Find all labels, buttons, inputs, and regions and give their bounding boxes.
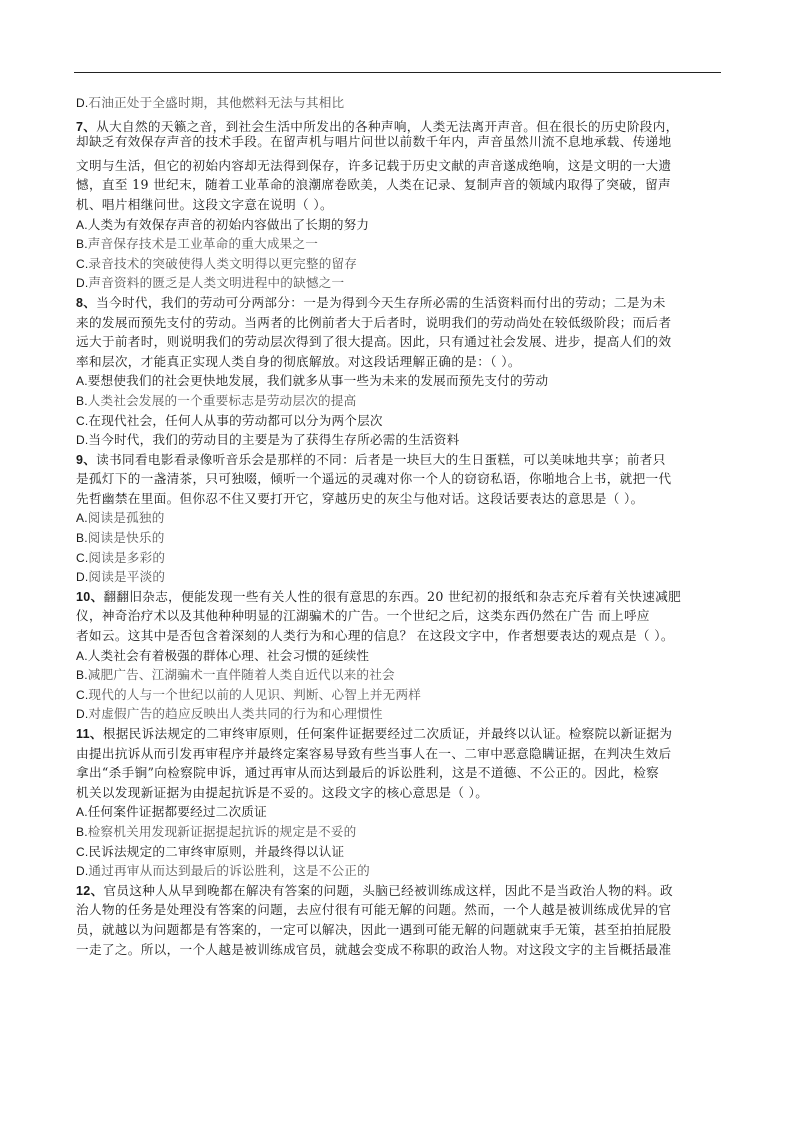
option-text: 阅读是平淡的 <box>88 569 165 584</box>
option-line: C.现代的人与一个世纪以前的人见识、判断、心智上并无两样 <box>76 685 722 705</box>
option-line: A.要想使我们的社会更快地发展，我们就多从事一些为未来的发展而预先支付的劳动 <box>76 371 722 391</box>
option-text: 当今时代，我们的劳动目的主要是为了获得生存所必需的生活资料 <box>88 432 459 447</box>
question-number: 11、 <box>76 727 103 741</box>
text-line: 率和层次，才能真正实现人类自身的彻底解放。对这段话理解正确的是：（ ）。 <box>76 352 722 372</box>
option-text: 阅读是孤独的 <box>88 510 165 525</box>
text-line: 机关以发现新证据为由提起抗诉是不妥的。这段文字的核心意思是（ ）。 <box>76 783 722 803</box>
option-line: C.录音技术的突破使得人类文明得以更完整的留存 <box>76 254 722 274</box>
option-text: 现代的人与一个世纪以前的人见识、判断、心智上并无两样 <box>88 687 421 702</box>
option-label: A. <box>76 805 88 819</box>
option-line: D.通过再审从而达到最后的诉讼胜利，这是不公正的 <box>76 861 722 881</box>
option-line: B.阅读是快乐的 <box>76 528 722 548</box>
text-line: 先哲幽禁在里面。但你忍不住又要打开它，穿越历史的灰尘与他对话。这段话要表达的意思… <box>76 489 722 509</box>
option-line: B.减肥广告、江湖骗术一直伴随着人类自近代以来的社会 <box>76 665 722 685</box>
text-line: 由提出抗诉从而引发再审程序并最终定案容易导致有些当事人在一、二审中恶意隐瞒证据，… <box>76 744 722 764</box>
option-text: 录音技术的突破使得人类文明得以更完整的留存 <box>88 256 357 271</box>
option-text: 石油正处于全盛时期，其他燃料无法与其相比 <box>88 95 344 110</box>
option-label: D. <box>76 276 88 290</box>
option-text: 通过再审从而达到最后的诉讼胜利，这是不公正的 <box>88 863 369 878</box>
option-label: C. <box>76 688 88 702</box>
option-line: C.阅读是多彩的 <box>76 548 722 568</box>
option-line: D.声音资料的匮乏是人类文明进程中的缺憾之一 <box>76 273 722 293</box>
option-label: C. <box>76 414 88 428</box>
question-line: 9、读书同看电影看录像听音乐会是那样的不同：后者是一块巨大的生日蛋糕，可以美味地… <box>76 450 722 470</box>
question-text: 根据民诉法规定的二审终审原则，任何案件证据要经过二次质证，并最终以认证。检察院以… <box>103 726 673 741</box>
option-line: B.人类社会发展的一个重要标志是劳动层次的提高 <box>76 391 722 411</box>
option-line: C.民诉法规定的二审终审原则，并最终得以认证 <box>76 842 722 862</box>
question-line: 10、翻翻旧杂志，便能发现一些有关人性的很有意思的东西。20 世纪初的报纸和杂志… <box>76 587 722 607</box>
option-label: B. <box>76 668 88 682</box>
option-line: B.声音保存技术是工业革命的重大成果之一 <box>76 234 722 254</box>
option-line: A.任何案件证据都要经过二次质证 <box>76 802 722 822</box>
option-text: 声音保存技术是工业革命的重大成果之一 <box>88 236 318 251</box>
question-text: 读书同看电影看录像听音乐会是那样的不同：后者是一块巨大的生日蛋糕，可以美味地共享… <box>96 452 666 467</box>
option-label: D. <box>76 864 88 878</box>
option-label: C. <box>76 257 88 271</box>
option-line: A.人类为有效保存声音的初始内容做出了长期的努力 <box>76 215 722 235</box>
question-text: 翻翻旧杂志，便能发现一些有关人性的很有意思的东西。20 世纪初的报纸和杂志充斥着… <box>103 589 681 604</box>
question-line: 8、当今时代，我们的劳动可分两部分：一是为得到今天生存所必需的生活资料而付出的劳… <box>76 293 722 313</box>
text-line: 员，就越以为问题都是有答案的，一定可以解决，因此一遇到可能无解的问题就束手无策，… <box>76 920 722 940</box>
question-number: 8、 <box>76 296 96 310</box>
option-label: D. <box>76 433 88 447</box>
option-text: 人类社会发展的一个重要标志是劳动层次的提高 <box>88 393 357 408</box>
text-line: 仪，神奇治疗术以及其他种种明显的江湖骗术的广告。一个世纪之后，这类东西仍然在广告… <box>76 606 722 626</box>
option-label: D. <box>76 570 88 584</box>
option-line: B.检察机关用发现新证据提起抗诉的规定是不妥的 <box>76 822 722 842</box>
question-number: 12、 <box>76 884 103 898</box>
option-line: C.在现代社会，任何人从事的劳动都可以分为两个层次 <box>76 411 722 431</box>
text-line: 憾，直至 19 世纪末，随着工业革命的浪潮席卷欧美，人类在记录、复制声音的领域内… <box>76 175 722 195</box>
text-line: 拿出“杀手锏”向检察院申诉，通过再审从而达到最后的诉讼胜利，这是不道德、不公正的… <box>76 763 722 783</box>
question-number: 10、 <box>76 590 103 604</box>
text-line: 机、唱片相继问世。这段文字意在说明（ ）。 <box>76 195 722 215</box>
text-line: 远大于前者时，则说明我们的劳动层次得到了很大提高。因此，只有通过社会发展、进步，… <box>76 332 722 352</box>
question-line: 11、根据民诉法规定的二审终审原则，任何案件证据要经过二次质证，并最终以认证。检… <box>76 724 722 744</box>
option-label: C. <box>76 551 88 565</box>
option-label: A. <box>76 218 88 232</box>
option-line: A.阅读是孤独的 <box>76 508 722 528</box>
option-text: 在现代社会，任何人从事的劳动都可以分为两个层次 <box>88 413 382 428</box>
question-text: 官员这种人从早到晚都在解决有答案的问题，头脑已经被训练成这样，因此不是当政治人物… <box>103 883 673 898</box>
option-label: D. <box>76 96 88 110</box>
text-line: 文明与生活，但它的初始内容却无法得到保存，许多记载于历史文献的声音遂成绝响，这是… <box>76 156 722 176</box>
option-line: D.对虚假广告的趋应反映出人类共同的行为和心理惯性 <box>76 704 722 724</box>
option-line: D.当今时代，我们的劳动目的主要是为了获得生存所必需的生活资料 <box>76 430 722 450</box>
option-line: D.石油正处于全盛时期，其他燃料无法与其相比 <box>76 93 722 113</box>
option-text: 阅读是快乐的 <box>88 530 165 545</box>
text-line: 却缺乏有效保存声音的技术手段。在留声机与唱片问世以前数千年内，声音虽然川流不息地… <box>76 132 722 152</box>
option-text: 民诉法规定的二审终审原则，并最终得以认证 <box>88 844 344 859</box>
option-text: 声音资料的匮乏是人类文明进程中的缺憾之一 <box>88 275 344 290</box>
option-text: 人类为有效保存声音的初始内容做出了长期的努力 <box>88 217 369 232</box>
option-text: 人类社会有着极强的群体心理、社会习惯的延续性 <box>88 648 369 663</box>
option-text: 要想使我们的社会更快地发展，我们就多从事一些为未来的发展而预先支付的劳动 <box>88 373 549 388</box>
option-line: D.阅读是平淡的 <box>76 567 722 587</box>
text-line: 治人物的任务是处理没有答案的问题，去应付很有可能无解的问题。然而，一个人越是被训… <box>76 900 722 920</box>
option-text: 减肥广告、江湖骗术一直伴随着人类自近代以来的社会 <box>88 667 395 682</box>
option-text: 检察机关用发现新证据提起抗诉的规定是不妥的 <box>88 824 357 839</box>
option-label: B. <box>76 237 88 251</box>
document-body: D.石油正处于全盛时期，其他燃料无法与其相比 7、从大自然的天籁之音，到社会生活… <box>76 93 722 959</box>
option-text: 对虚假广告的趋应反映出人类共同的行为和心理惯性 <box>88 706 382 721</box>
option-line: A.人类社会有着极强的群体心理、社会习惯的延续性 <box>76 646 722 666</box>
text-line: 是孤灯下的一盏清茶，只可独啜，倾听一个遥远的灵魂对你一个人的窃窃私语，你啪地合上… <box>76 469 722 489</box>
text-line: 者如云。这其中是否包含着深刻的人类行为和心理的信息？ 在这段文字中，作者想要表达… <box>76 626 722 646</box>
text-line: 来的发展而预先支付的劳动。当两者的比例前者大于后者时，说明我们的劳动尚处在较低级… <box>76 313 722 333</box>
question-number: 9、 <box>76 453 96 467</box>
option-label: A. <box>76 511 88 525</box>
option-label: D. <box>76 707 88 721</box>
option-label: B. <box>76 825 88 839</box>
option-label: B. <box>76 531 88 545</box>
option-label: C. <box>76 845 88 859</box>
question-line: 12、官员这种人从早到晚都在解决有答案的问题，头脑已经被训练成这样，因此不是当政… <box>76 881 722 901</box>
header-rule <box>74 72 721 73</box>
option-label: A. <box>76 649 88 663</box>
option-text: 阅读是多彩的 <box>88 550 165 565</box>
option-text: 任何案件证据都要经过二次质证 <box>88 804 267 819</box>
text-line: 一走了之。所以，一个人越是被训练成官员，就越会变成不称职的政治人物。对这段文字的… <box>76 940 722 960</box>
option-label: B. <box>76 394 88 408</box>
option-label: A. <box>76 374 88 388</box>
question-text: 当今时代，我们的劳动可分两部分：一是为得到今天生存所必需的生活资料而付出的劳动；… <box>96 295 666 310</box>
